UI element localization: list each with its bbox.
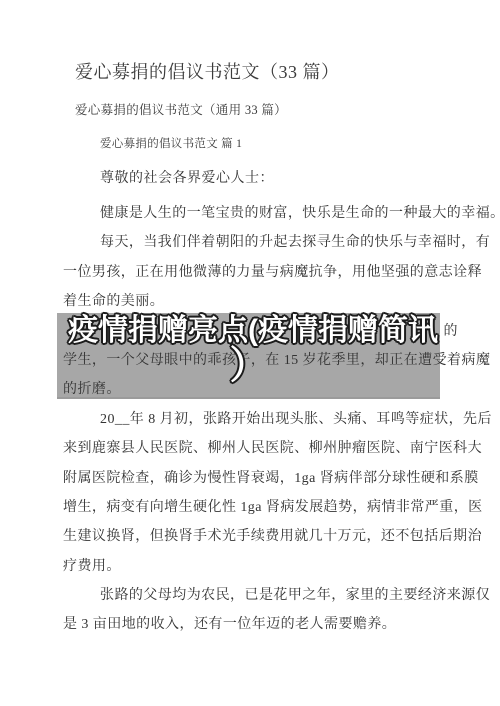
document-line: 学生，一个父母眼中的乖孩子，在 15 岁花季里，却正在遭受着病魔 — [63, 346, 437, 375]
document-title: 爱心募捐的倡议书范文（33 篇） — [75, 58, 340, 84]
document-body: 健康是人生的一笔宝贵的财富，快乐是生命的一种最大的幸福。 每天，当我们伴着朝阳的… — [63, 199, 437, 640]
document-line: 张路的父母均为农民，已是花甲之年，家里的主要经济来源仅 — [63, 581, 437, 610]
document-line: 附属医院检查，确诊为慢性肾衰竭，1ga 肾病伴部分球性硬和系膜 — [63, 464, 437, 493]
section-heading: 爱心募捐的倡议书范文 篇 1 — [100, 135, 242, 151]
document-page: 爱心募捐的倡议书范文（33 篇） 爱心募捐的倡议书范文（通用 33 篇） 爱心募… — [0, 0, 500, 706]
document-line: 每天，当我们伴着朝阳的升起去探寻生命的快乐与幸福时，有 — [63, 228, 437, 257]
document-line: 一位男孩，正在用他微薄的力量与病魔抗争，用他坚强的意志诠释 — [63, 258, 437, 287]
document-subtitle: 爱心募捐的倡议书范文（通用 33 篇） — [75, 100, 287, 118]
document-line-obscured-fragment: 的 — [63, 317, 458, 346]
document-line: 着生命的美丽。 — [63, 287, 437, 316]
document-line: 20__年 8 月初，张路开始出现头胀、头痛、耳鸣等症状，先后 — [63, 405, 437, 434]
document-line: 增生，病变有向增生硬化性 1ga 肾病发展趋势，病情非常严重，医 — [63, 493, 437, 522]
document-line: 健康是人生的一笔宝贵的财富，快乐是生命的一种最大的幸福。 — [63, 199, 437, 228]
document-line: 疗费用。 — [63, 552, 437, 581]
salutation-line: 尊敬的社会各界爱心人士： — [100, 167, 274, 187]
document-line: 的折磨。 — [63, 375, 437, 404]
document-line: 是 3 亩田地的收入，还有一位年迈的老人需要赡养。 — [63, 610, 437, 639]
document-line: 来到鹿寨县人民医院、柳州人民医院、柳州肿瘤医院、南宁医科大 — [63, 434, 437, 463]
document-line: 生建议换肾，但换肾手术光手续费用就几十万元，还不包括后期治 — [63, 522, 437, 551]
